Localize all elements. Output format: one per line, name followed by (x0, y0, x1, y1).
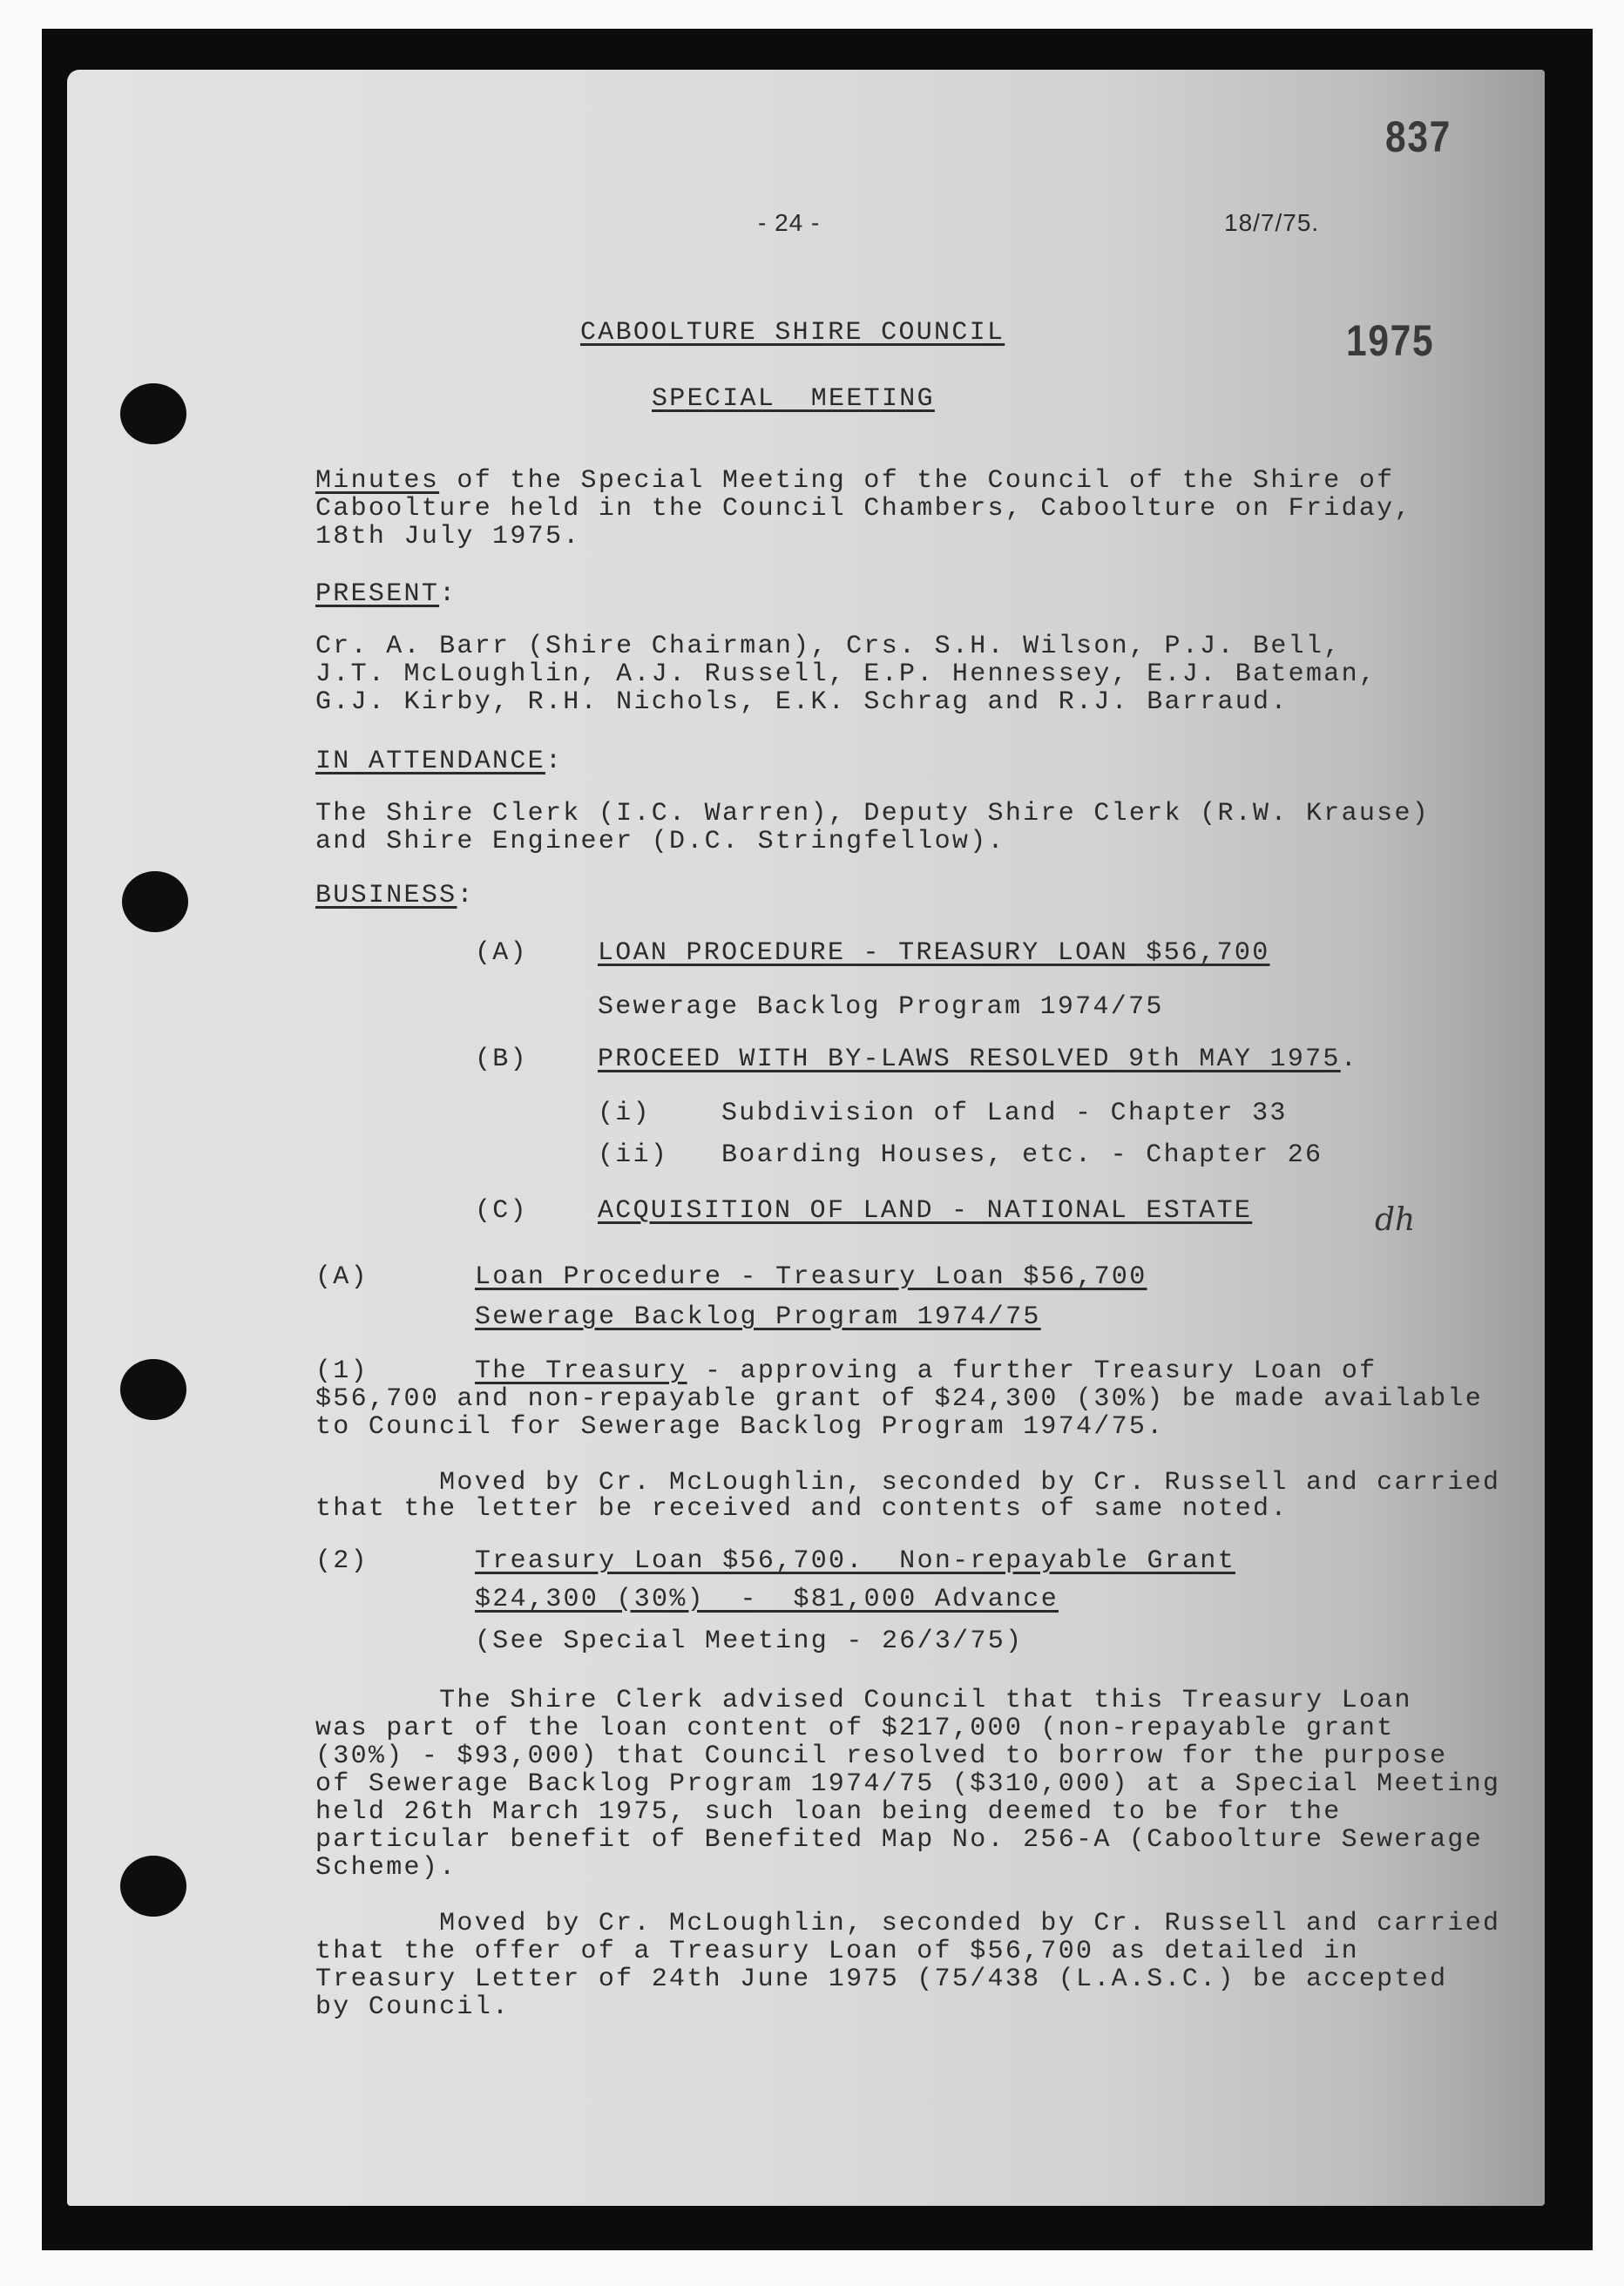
punch-hole (120, 1359, 186, 1420)
page-number: - 24 - (758, 209, 820, 237)
business-title: PROCEED WITH BY-LAWS RESOLVED 9th MAY 19… (598, 1045, 1341, 1074)
paragraph-line: particular benefit of Benefited Map No. … (315, 1826, 1483, 1854)
section-title: Loan Procedure - Treasury Loan $56,700 (475, 1263, 1147, 1291)
present-line: Cr. A. Barr (Shire Chairman), Crs. S.H. … (315, 632, 1342, 660)
section-title: Sewerage Backlog Program 1974/75 (475, 1303, 1041, 1331)
punch-hole (120, 1856, 186, 1917)
item-lead: The Treasury (475, 1356, 687, 1386)
motion-line: Moved by Cr. McLoughlin, seconded by Cr.… (315, 1469, 1500, 1497)
meeting-title: SPECIAL MEETING (652, 385, 935, 413)
attendance-heading: IN ATTENDANCE (315, 747, 545, 776)
motion-line: that the offer of a Treasury Loan of $56… (315, 1938, 1359, 1965)
motion-line: Moved by Cr. McLoughlin, seconded by Cr.… (315, 1910, 1500, 1938)
handwritten-initials: dh (1375, 1202, 1415, 1238)
intro-line: 18th July 1975. (315, 523, 581, 551)
motion-line: Treasury Letter of 24th June 1975 (75/43… (315, 1965, 1447, 1993)
council-title: CABOOLTURE SHIRE COUNCIL (580, 319, 1005, 347)
punch-hole (120, 383, 186, 444)
attendance-line: The Shire Clerk (I.C. Warren), Deputy Sh… (315, 800, 1430, 828)
subitem-text: Subdivision of Land - Chapter 33 (721, 1099, 1288, 1127)
year-stamp: 1975 (1346, 315, 1434, 366)
motion-line: that the letter be received and contents… (315, 1495, 1289, 1523)
paragraph-line: was part of the loan content of $217,000… (315, 1714, 1394, 1742)
intro-line: of the Special Meeting of the Council of… (439, 466, 1394, 496)
intro-lead: Minutes (315, 466, 439, 496)
business-subtitle: Sewerage Backlog Program 1974/75 (598, 993, 1164, 1021)
business-title: LOAN PROCEDURE - TREASURY LOAN $56,700 (598, 939, 1270, 967)
item-line: - approving a further Treasury Loan of (687, 1356, 1377, 1386)
paragraph-line: The Shire Clerk advised Council that thi… (315, 1687, 1412, 1714)
punch-hole (122, 871, 188, 932)
attendance-line: and Shire Engineer (D.C. Stringfellow). (315, 828, 1005, 856)
business-title: ACQUISITION OF LAND - NATIONAL ESTATE (598, 1197, 1252, 1225)
paragraph-line: held 26th March 1975, such loan being de… (315, 1798, 1342, 1826)
item-label: (1) (315, 1357, 369, 1385)
subitem-label: (ii) (598, 1141, 668, 1169)
motion-line: by Council. (315, 1993, 510, 2021)
subitem-text: Boarding Houses, etc. - Chapter 26 (721, 1141, 1323, 1169)
business-heading: BUSINESS (315, 881, 457, 910)
item-line: $56,700 and non-repayable grant of $24,3… (315, 1385, 1483, 1413)
item-note: (See Special Meeting - 26/3/75) (475, 1627, 1023, 1655)
folio-stamp: 837 (1385, 112, 1451, 162)
present-heading: PRESENT (315, 579, 439, 609)
item-title: Treasury Loan $56,700. Non-repayable Gra… (475, 1547, 1235, 1575)
section-label: (A) (315, 1263, 369, 1291)
item-line: to Council for Sewerage Backlog Program … (315, 1413, 1165, 1441)
paragraph-line: (30%) - $93,000) that Council resolved t… (315, 1742, 1447, 1770)
paragraph-line: of Sewerage Backlog Program 1974/75 ($31… (315, 1770, 1500, 1798)
business-label: (A) (475, 939, 528, 967)
document-date: 18/7/75. (1224, 209, 1319, 237)
subitem-label: (i) (598, 1099, 651, 1127)
business-label: (B) (475, 1045, 528, 1073)
paragraph-line: Scheme). (315, 1854, 457, 1882)
intro-line: Caboolture held in the Council Chambers,… (315, 495, 1412, 523)
item-title: $24,300 (30%) - $81,000 Advance (475, 1586, 1059, 1613)
business-label: (C) (475, 1197, 528, 1225)
present-line: J.T. McLoughlin, A.J. Russell, E.P. Henn… (315, 660, 1377, 688)
present-line: G.J. Kirby, R.H. Nichols, E.K. Schrag an… (315, 688, 1289, 716)
item-label: (2) (315, 1547, 369, 1575)
